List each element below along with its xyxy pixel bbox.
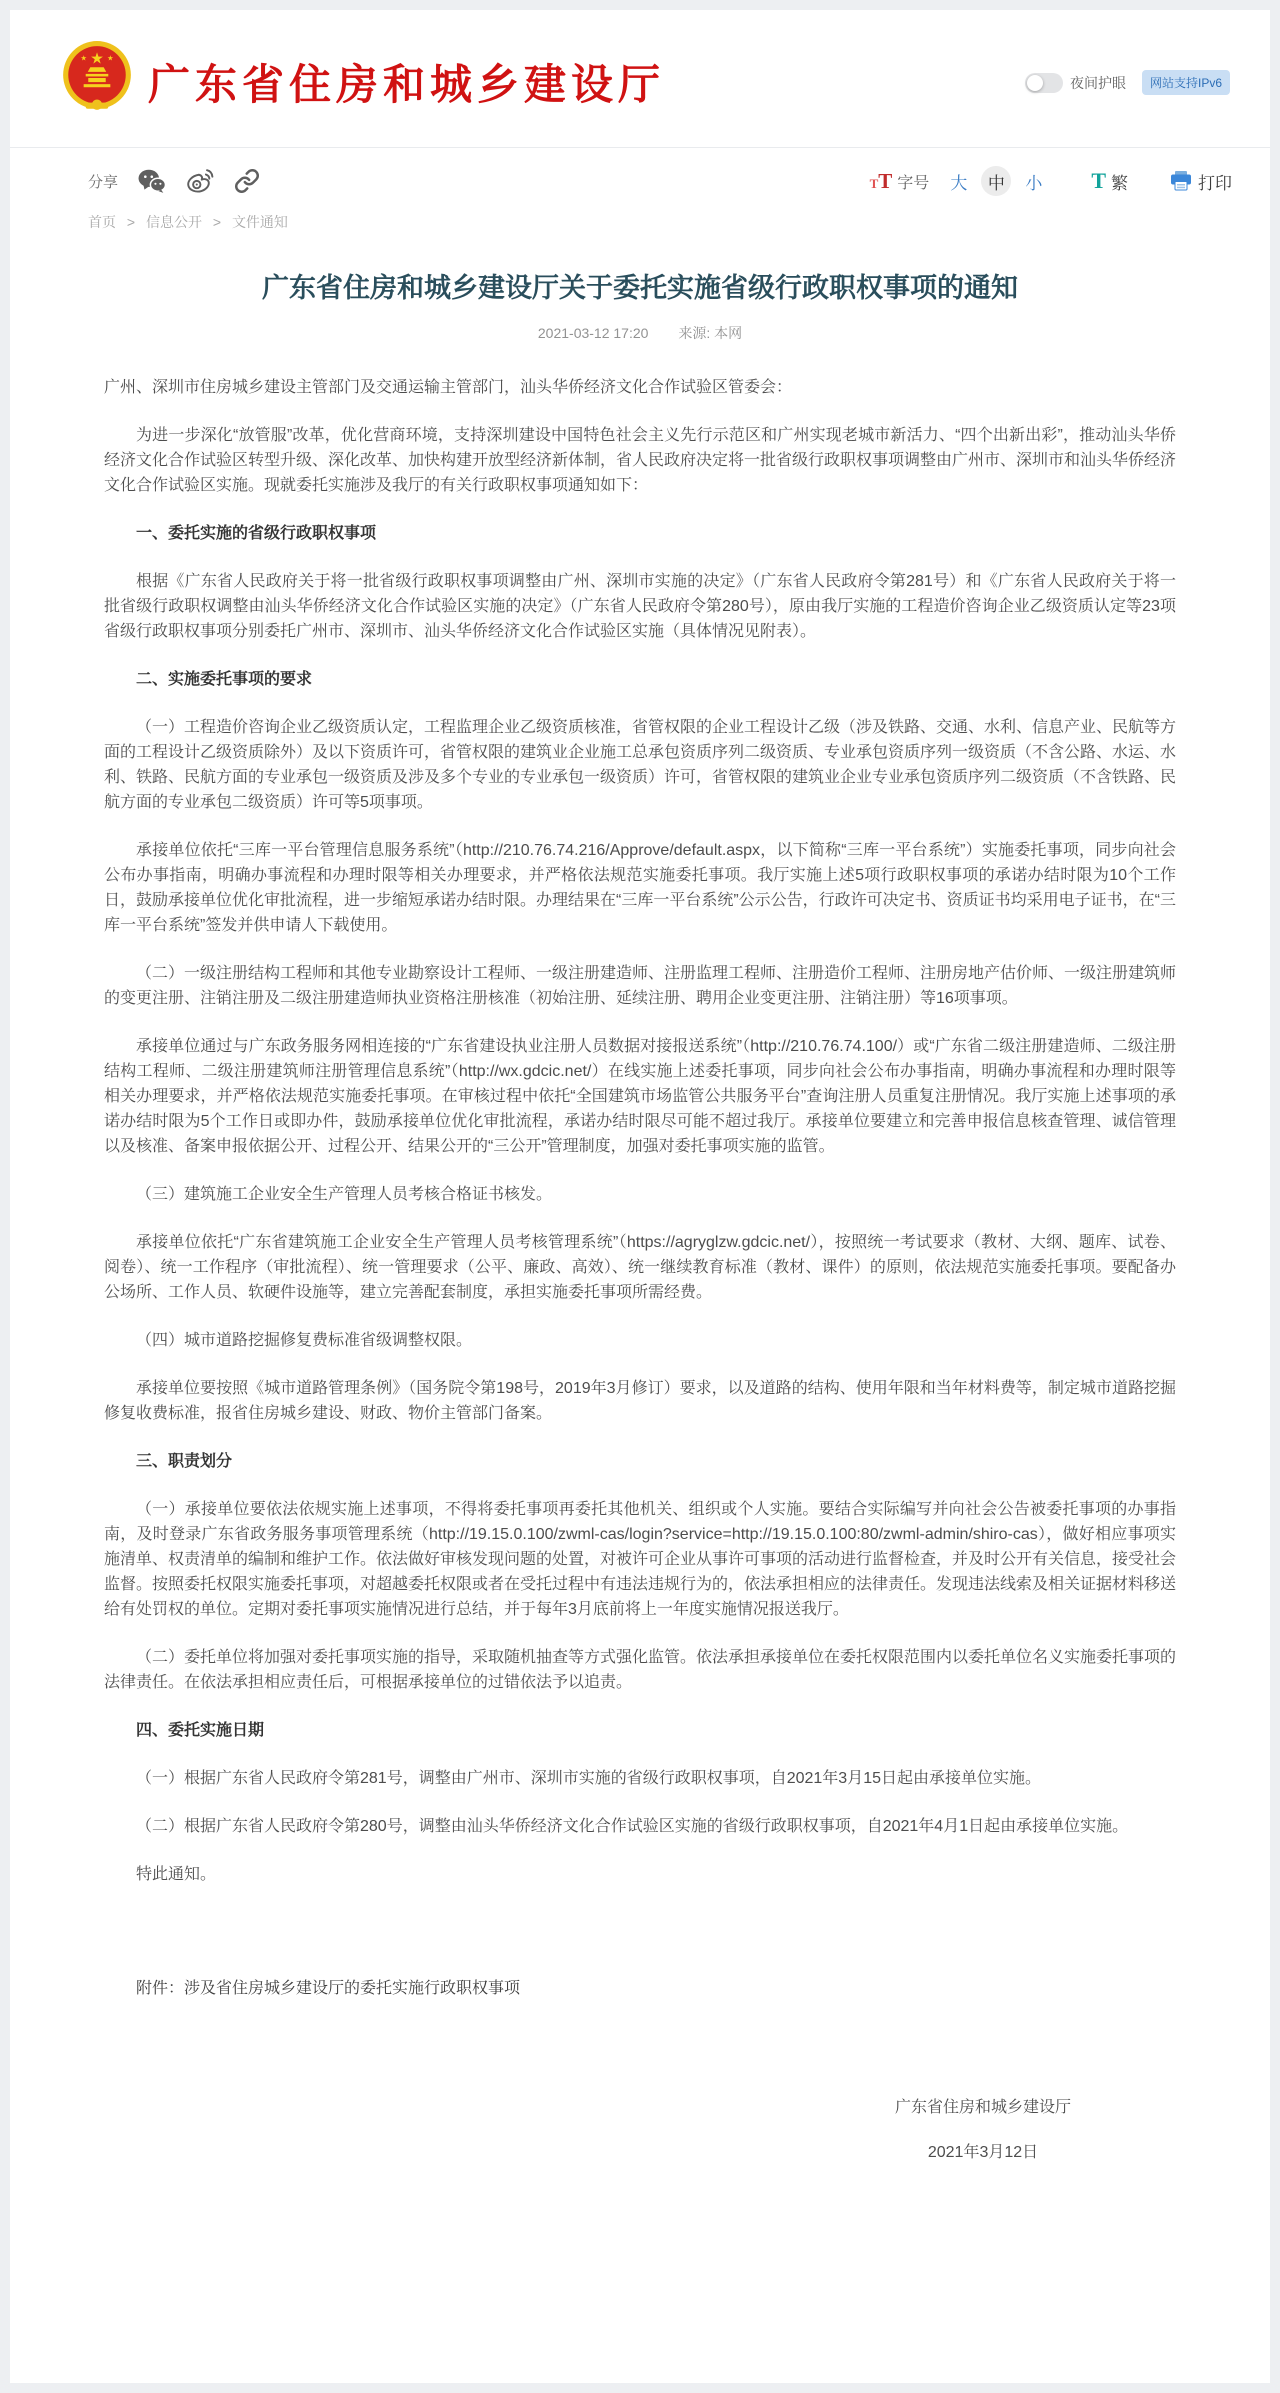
font-size-label: 字号 — [897, 170, 929, 193]
font-small-button[interactable]: 小 — [1025, 169, 1042, 194]
section-heading: 二、实施委托事项的要求 — [104, 667, 1176, 692]
paragraph: （一）根据广东省人民政府令第281号，调整由广州市、深圳市实施的省级行政职权事项… — [104, 1766, 1176, 1791]
breadcrumb-separator: > — [213, 214, 221, 230]
paragraph: 承接单位依托“广东省建筑施工企业安全生产管理人员考核管理系统”（https://… — [104, 1230, 1176, 1305]
breadcrumb-current: 文件通知 — [232, 214, 288, 230]
paragraph: （二）委托单位将加强对委托事项实施的指导，采取随机抽查等方式强化监管。依法承担承… — [104, 1645, 1176, 1695]
article-toolbar: 分享 — [10, 148, 1270, 204]
toggle-knob — [1027, 75, 1043, 91]
article-meta: 2021-03-12 17:20 来源: 本网 — [104, 323, 1176, 343]
share-group: 分享 — [88, 168, 260, 194]
national-emblem-icon: ★ ★ ★ — [58, 38, 136, 118]
section-heading: 一、委托实施的省级行政职权事项 — [104, 521, 1176, 546]
source-label: 来源: 本网 — [678, 325, 742, 341]
paragraph: （四）城市道路挖掘修复费标准省级调整权限。 — [104, 1328, 1176, 1353]
printer-icon — [1170, 171, 1192, 191]
t-traditional-icon: T — [1091, 170, 1106, 192]
site-title: 广东省住房和城乡建设厅 — [148, 52, 665, 112]
font-medium-button[interactable]: 中 — [981, 166, 1011, 196]
section-heading: 三、职责划分 — [104, 1449, 1176, 1474]
svg-text:★: ★ — [90, 51, 104, 68]
night-mode-toggle[interactable]: 夜间护眼 — [1025, 73, 1126, 93]
print-button[interactable]: 打印 — [1170, 169, 1232, 194]
breadcrumb-separator: > — [127, 214, 135, 230]
breadcrumb-info-disclosure[interactable]: 信息公开 — [146, 214, 202, 230]
svg-text:★: ★ — [80, 55, 86, 63]
paragraph: 承接单位通过与广东政务服务网相连接的“广东省建设执业注册人员数据对接报送系统”（… — [104, 1034, 1176, 1159]
breadcrumb: 首页 > 信息公开 > 文件通知 — [10, 204, 1270, 234]
publish-datetime: 2021-03-12 17:20 — [538, 325, 649, 341]
ipv6-badge[interactable]: 网站支持IPv6 — [1142, 70, 1230, 95]
breadcrumb-home[interactable]: 首页 — [88, 214, 116, 230]
site-header: ★ ★ ★ 广东省住房和城乡建设厅 夜间护眼 网站支持IPv6 — [10, 10, 1270, 148]
signature-issuer: 广东省住房和城乡建设厅 — [895, 2094, 1071, 2117]
article-title: 广东省住房和城乡建设厅关于委托实施省级行政职权事项的通知 — [104, 270, 1176, 306]
link-icon[interactable] — [234, 168, 260, 194]
svg-text:★: ★ — [107, 55, 113, 63]
weibo-icon[interactable] — [186, 168, 214, 194]
night-mode-label: 夜间护眼 — [1070, 73, 1126, 93]
traditional-button[interactable]: T 繁 — [1091, 169, 1128, 194]
article: 广东省住房和城乡建设厅关于委托实施省级行政职权事项的通知 2021-03-12 … — [104, 270, 1176, 2162]
paragraph: （二）根据广东省人民政府令第280号，调整由汕头华侨经济文化合作试验区实施的省级… — [104, 1814, 1176, 1839]
signature-date: 2021年3月12日 — [928, 2139, 1038, 2162]
header-controls: 夜间护眼 网站支持IPv6 — [1025, 70, 1230, 95]
attachment-link[interactable]: 附件：涉及省住房城乡建设厅的委托实施行政职权事项 — [104, 1975, 1176, 1998]
paragraph: （一）工程造价咨询企业乙级资质认定，工程监理企业乙级资质核准，省管权限的企业工程… — [104, 715, 1176, 815]
share-label: 分享 — [88, 171, 118, 192]
paragraph: （二）一级注册结构工程师和其他专业勘察设计工程师、一级注册建造师、注册监理工程师… — [104, 961, 1176, 1011]
section-heading: 四、委托实施日期 — [104, 1718, 1176, 1743]
paragraph: 承接单位依托“三库一平台管理信息服务系统”（http://210.76.74.2… — [104, 838, 1176, 938]
paragraph: 承接单位要按照《城市道路管理条例》（国务院令第198号，2019年3月修订）要求… — [104, 1376, 1176, 1426]
paragraph: 根据《广东省人民政府关于将一批省级行政职权事项调整由广州、深圳市实施的决定》（广… — [104, 569, 1176, 644]
paragraph: 广州、深圳市住房城乡建设主管部门及交通运输主管部门，汕头华侨经济文化合作试验区管… — [104, 375, 1176, 400]
paragraph: 为进一步深化“放管服”改革，优化营商环境，支持深圳建设中国特色社会主义先行示范区… — [104, 423, 1176, 498]
double-t-icon: TT — [870, 171, 893, 192]
article-body: 广州、深圳市住房城乡建设主管部门及交通运输主管部门，汕头华侨经济文化合作试验区管… — [104, 375, 1176, 1887]
toggle-track[interactable] — [1025, 73, 1063, 93]
font-large-button[interactable]: 大 — [950, 169, 967, 194]
signature-block: 广东省住房和城乡建设厅 2021年3月12日 — [895, 2094, 1071, 2162]
wechat-icon[interactable] — [138, 169, 166, 193]
paragraph: （三）建筑施工企业安全生产管理人员考核合格证书核发。 — [104, 1182, 1176, 1207]
paragraph: （一）承接单位要依法依规实施上述事项，不得将委托事项再委托其他机关、组织或个人实… — [104, 1497, 1176, 1622]
font-controls: TT 字号 大 中 小 T 繁 打印 — [870, 166, 1232, 196]
paragraph: 特此通知。 — [104, 1862, 1176, 1887]
page-card: ★ ★ ★ 广东省住房和城乡建设厅 夜间护眼 网站支持IPv6 分享 — [10, 10, 1270, 2383]
